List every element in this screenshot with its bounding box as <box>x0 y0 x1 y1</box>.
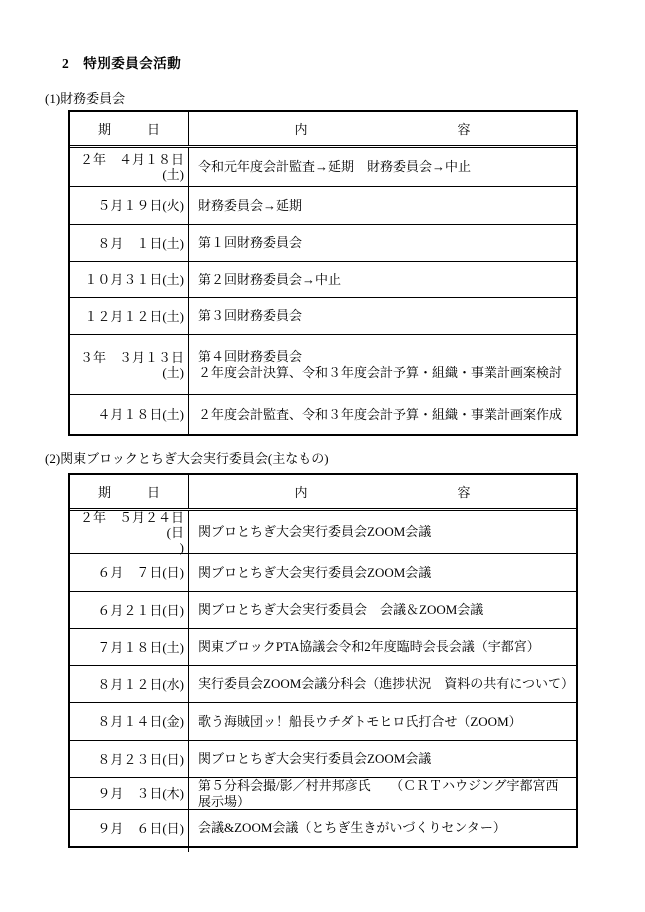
finance-committee-table: 期 日 内 容 ２年 ４月１８日(土) 令和元年度会計監査→延期 財務委員会→中… <box>68 110 578 436</box>
content-cell: 第３回財務委員会 <box>189 298 576 334</box>
content-column-header: 内 容 <box>189 112 576 145</box>
date-cell: １０月３１日(土) <box>70 262 189 297</box>
date-header-char-right: 日 <box>147 482 160 501</box>
content-cell: ２年度会計監査、令和３年度会計予算・組織・事業計画案作成 <box>189 395 576 434</box>
table-row: １２月１２日(土) 第３回財務委員会 <box>70 297 576 334</box>
content-cell: 関ブロとちぎ大会実行委員会ZOOM会議 <box>189 511 576 553</box>
content-cell: 財務委員会→延期 <box>189 187 576 224</box>
table-row: ８月２３日(日) 関ブロとちぎ大会実行委員会ZOOM会議 <box>70 740 576 777</box>
content-cell: 第４回財務委員会 ２年度会計決算、令和３年度会計予算・組織・事業計画案検討 <box>189 335 576 394</box>
date-cell: ４月１８日(土) <box>70 395 189 434</box>
date-cell: ９月 ６日(日) <box>70 810 189 846</box>
content-cell: 関東ブロックPTA協議会令和2年度臨時会長会議（宇都宮） <box>189 629 576 665</box>
document-page: 2 特別委員会活動 (1)財務委員会 期 日 内 容 ２年 ４月１８日(土) 令… <box>0 0 645 912</box>
table-row: ３年 ３月１３日(土) 第４回財務委員会 ２年度会計決算、令和３年度会計予算・組… <box>70 334 576 394</box>
section1-heading: (1)財務委員会 <box>45 88 125 107</box>
content-cell: 歌う海賊団ッ！船長ウチダトモヒロ氏打合せ（ZOOM） <box>189 703 576 740</box>
table-row: ６月 ７日(日) 関ブロとちぎ大会実行委員会ZOOM会議 <box>70 553 576 591</box>
content-cell: 第２回財務委員会→中止 <box>189 262 576 297</box>
date-cell: ９月 ３日(木) <box>70 778 189 809</box>
date-cell: ２年 ４月１８日(土) <box>70 148 189 186</box>
date-cell: ８月１４日(金) <box>70 703 189 740</box>
kanto-block-committee-table: 期 日 内 容 ２年 ５月２４日(日 ) 関ブロとちぎ大会実行委員会ZOOM会議… <box>68 473 578 848</box>
date-cell: ７月１８日(土) <box>70 629 189 665</box>
table-column-divider-stub <box>188 846 189 852</box>
table-row: ９月 ６日(日) 会議&ZOOM会議（とちぎ生きがいづくりセンター） <box>70 809 576 846</box>
date-cell: ３年 ３月１３日(土) <box>70 335 189 394</box>
date-cell: ２年 ５月２４日(日 ) <box>70 511 189 553</box>
content-header-char-right: 容 <box>458 482 471 501</box>
date-cell: ６月２１日(日) <box>70 592 189 628</box>
date-column-header: 期 日 <box>70 475 189 508</box>
date-cell: ８月１２日(水) <box>70 666 189 702</box>
content-header-char-right: 容 <box>458 119 471 138</box>
table-row: １０月３１日(土) 第２回財務委員会→中止 <box>70 261 576 297</box>
content-header-char-left: 内 <box>294 119 307 138</box>
content-cell: 関ブロとちぎ大会実行委員会ZOOM会議 <box>189 741 576 777</box>
date-header-char-left: 期 <box>98 119 111 138</box>
date-column-header: 期 日 <box>70 112 189 145</box>
date-header-char-left: 期 <box>98 482 111 501</box>
date-cell: ８月２３日(日) <box>70 741 189 777</box>
table-row: ８月 １日(土) 第１回財務委員会 <box>70 224 576 261</box>
table-row: ２年 ５月２４日(日 ) 関ブロとちぎ大会実行委員会ZOOM会議 <box>70 511 576 553</box>
content-column-header: 内 容 <box>189 475 576 508</box>
page-title: 2 特別委員会活動 <box>62 52 181 72</box>
date-cell: ５月１９日(火) <box>70 187 189 224</box>
section2-heading: (2)関東ブロックとちぎ大会実行委員会(主なもの) <box>45 448 329 467</box>
table-row: ２年 ４月１８日(土) 令和元年度会計監査→延期 財務委員会→中止 <box>70 148 576 186</box>
content-cell: 実行委員会ZOOM会議分科会（進捗状況 資料の共有について） <box>189 666 576 702</box>
date-cell: ８月 １日(土) <box>70 225 189 261</box>
content-cell: 第１回財務委員会 <box>189 225 576 261</box>
table-header-row: 期 日 内 容 <box>70 112 576 148</box>
table-row: ８月１４日(金) 歌う海賊団ッ！船長ウチダトモヒロ氏打合せ（ZOOM） <box>70 702 576 740</box>
table-row: ６月２１日(日) 関ブロとちぎ大会実行委員会 会議＆ZOOM会議 <box>70 591 576 628</box>
content-cell: 第５分科会撮/影／村井邦彦氏 （ＣＲＴハウジング宇都宮西展示場） <box>189 778 576 809</box>
table-row: ７月１８日(土) 関東ブロックPTA協議会令和2年度臨時会長会議（宇都宮） <box>70 628 576 665</box>
content-cell: 関ブロとちぎ大会実行委員会 会議＆ZOOM会議 <box>189 592 576 628</box>
table-row: ８月１２日(水) 実行委員会ZOOM会議分科会（進捗状況 資料の共有について） <box>70 665 576 702</box>
table-header-row: 期 日 内 容 <box>70 475 576 511</box>
table-row: ９月 ３日(木) 第５分科会撮/影／村井邦彦氏 （ＣＲＴハウジング宇都宮西展示場… <box>70 777 576 809</box>
date-cell: １２月１２日(土) <box>70 298 189 334</box>
content-header-char-left: 内 <box>294 482 307 501</box>
content-cell: 関ブロとちぎ大会実行委員会ZOOM会議 <box>189 554 576 591</box>
content-cell: 令和元年度会計監査→延期 財務委員会→中止 <box>189 148 576 186</box>
date-header-char-right: 日 <box>147 119 160 138</box>
content-cell: 会議&ZOOM会議（とちぎ生きがいづくりセンター） <box>189 810 576 846</box>
table-row: ５月１９日(火) 財務委員会→延期 <box>70 186 576 224</box>
table-row: ４月１８日(土) ２年度会計監査、令和３年度会計予算・組織・事業計画案作成 <box>70 394 576 434</box>
date-cell: ６月 ７日(日) <box>70 554 189 591</box>
